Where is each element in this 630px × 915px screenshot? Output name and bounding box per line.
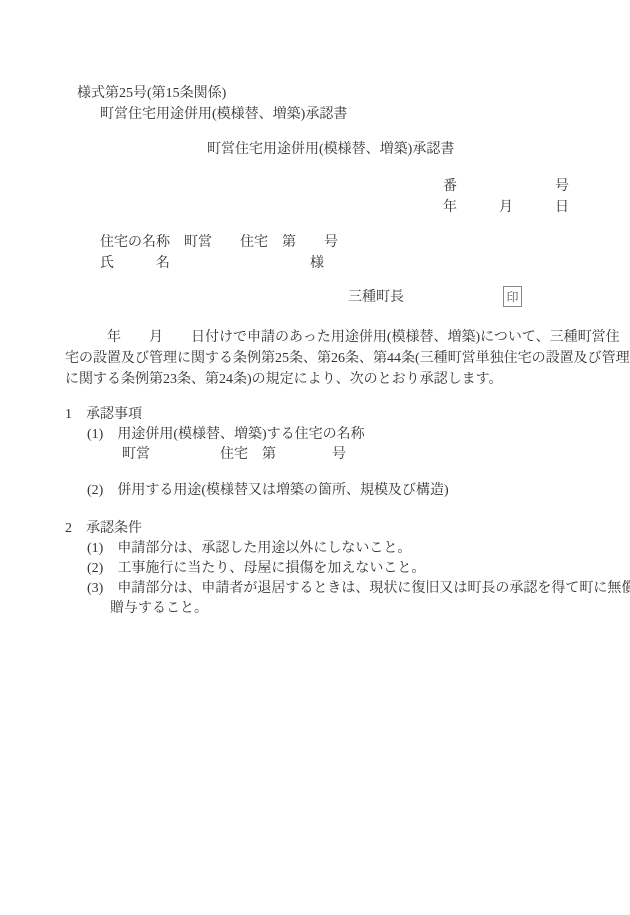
form-number-label: 様式第25号(第15条関係): [77, 85, 226, 103]
mayor-name: 三種町長: [348, 289, 404, 307]
approval-condition-2: (2) 工事施行に当たり、母屋に損傷を加えないこと。: [87, 560, 425, 578]
form-caption-label: 町営住宅用途併用(模様替、増築)承認書: [100, 106, 347, 124]
document-page: 様式第25号(第15条関係) 町営住宅用途併用(模様替、増築)承認書 町営住宅用…: [0, 0, 630, 915]
approval-item-1-detail: 町営 住宅 第 号: [122, 446, 346, 464]
issue-date-line: 年 月 日: [443, 199, 569, 217]
document-title: 町営住宅用途併用(模様替、増築)承認書: [207, 141, 454, 159]
addressee-name-line: 氏 名 様: [100, 255, 324, 273]
body-paragraph-line-1: 年 月 日付けで申請のあった用途併用(模様替、増築)について、三種町営住: [65, 329, 620, 347]
seal-character: 印: [506, 288, 518, 305]
approval-items-heading: 1 承認事項: [65, 406, 142, 424]
housing-name-line: 住宅の名称 町営 住宅 第 号: [100, 234, 338, 252]
approval-condition-3-line-1: (3) 申請部分は、申請者が退居するときは、現状に復旧又は町長の承認を得て町に無…: [87, 580, 630, 598]
approval-condition-3-line-2: 贈与すること。: [110, 600, 208, 618]
approval-item-1: (1) 用途併用(模様替、増築)する住宅の名称: [87, 426, 365, 444]
approval-conditions-heading: 2 承認条件: [65, 520, 142, 538]
body-paragraph-line-3: に関する条例第23条、第24条)の規定により、次のとおり承認します。: [65, 371, 503, 389]
mayor-seal-box: 印: [503, 286, 522, 307]
body-paragraph-line-2: 宅の設置及び管理に関する条例第25条、第26条、第44条(三種町営単独住宅の設置…: [65, 350, 630, 368]
issue-number-line: 番 号: [443, 178, 569, 196]
approval-condition-1: (1) 申請部分は、承認した用途以外にしないこと。: [87, 540, 411, 558]
approval-item-2: (2) 併用する用途(模様替又は増築の箇所、規模及び構造): [87, 482, 449, 500]
